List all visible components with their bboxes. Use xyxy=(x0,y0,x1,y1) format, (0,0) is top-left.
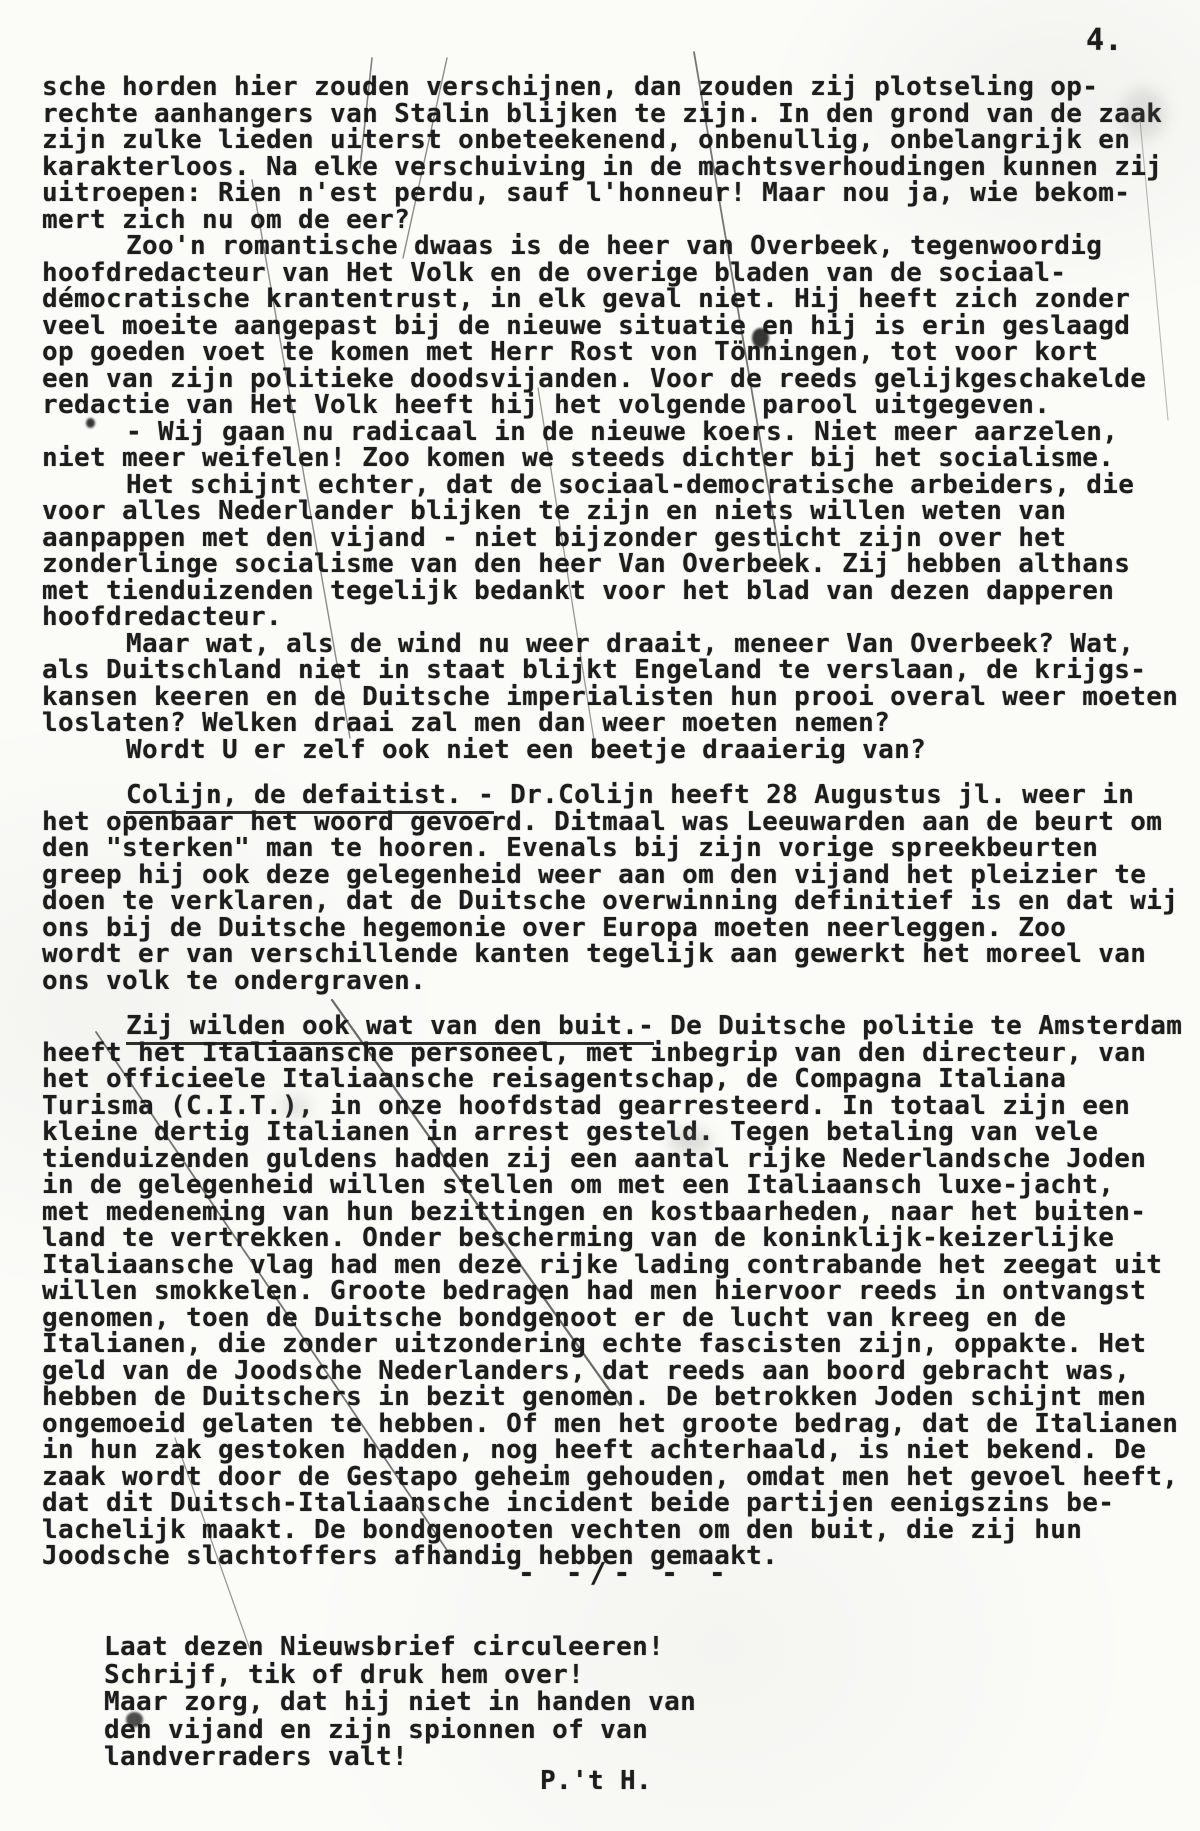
paper-smudge xyxy=(668,1128,712,1154)
section-heading: Zij wilden ook wat van den buit.- xyxy=(126,1011,654,1045)
paragraph: - Wij gaan nu radicaal in de nieuwe koer… xyxy=(42,419,1188,472)
paper-smudge xyxy=(1120,88,1166,140)
paragraph: Colijn, de defaitist. - Dr.Colijn heeft … xyxy=(42,782,1188,994)
document-body: sche horden hier zouden verschijnen, dan… xyxy=(42,74,1188,1570)
paragraph: Wordt U er zelf ook niet een beetje draa… xyxy=(42,737,1188,764)
section-separator: - -/- - - xyxy=(518,1560,733,1587)
ink-blot xyxy=(126,1712,143,1727)
paragraph: Maar wat, als de wind nu weer draait, me… xyxy=(42,631,1188,737)
closing-appeal: Laat dezen Nieuwsbrief circuleeren! Schr… xyxy=(104,1634,696,1772)
paragraph: Zoo'n romantische dwaas is de heer van O… xyxy=(42,233,1188,419)
ink-blot xyxy=(86,418,95,428)
paper-smudge xyxy=(280,1096,310,1118)
paragraph: sche horden hier zouden verschijnen, dan… xyxy=(42,74,1188,233)
author-signature: P.'t H. xyxy=(540,1768,652,1795)
ink-blot xyxy=(752,328,769,348)
section-heading: Colijn, de defaitist. - xyxy=(126,780,494,814)
paragraph: Zij wilden ook wat van den buit.- De Dui… xyxy=(42,1013,1188,1570)
document-page: 4. sche horden hier zouden verschijnen, … xyxy=(0,0,1200,1831)
page-number: 4. xyxy=(1086,28,1123,55)
paragraph: Het schijnt echter, dat de sociaal-democ… xyxy=(42,472,1188,631)
